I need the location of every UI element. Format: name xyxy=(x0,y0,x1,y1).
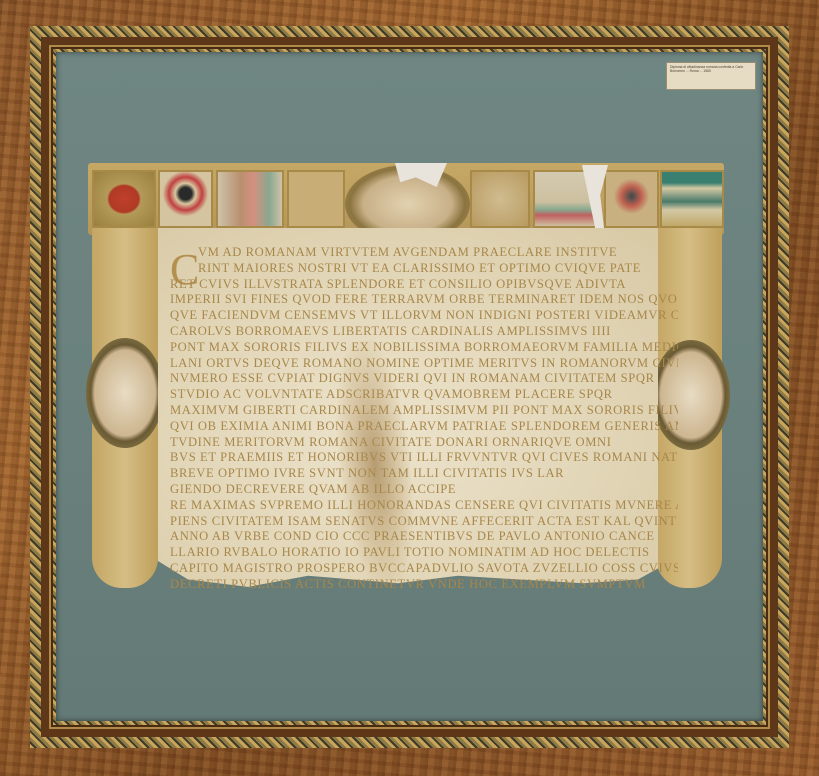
text-line: LANI ORTVS DEQVE ROMANO NOMINE OPTIME ME… xyxy=(170,356,678,372)
text-line: BREVE OPTIMO IVRE SVNT NON TAM ILLI CIVI… xyxy=(170,466,678,482)
figures-panel xyxy=(216,170,284,228)
text-line: STVDIO AC VOLVNTATE ADSCRIBATVR QVAMOBRE… xyxy=(170,387,678,403)
text-line: PONT MAX SORORIS FILIVS EX NOBILISSIMA B… xyxy=(170,340,678,356)
eagle-panel xyxy=(158,170,213,228)
text-line: GIENDO DECREVERE QVAM AB ILLO ACCIPE xyxy=(170,482,678,498)
text-line: DECRETI PVBLICIS ACTIS CONTINETVR VNDE H… xyxy=(170,577,678,593)
text-line: RE MAXIMAS SVPREMO ILLI HONORANDAS CENSE… xyxy=(170,498,678,514)
museum-label: Diploma di cittadinanza romana conferita… xyxy=(666,62,756,90)
ornament-panel-right xyxy=(470,170,530,228)
text-line: RINT MAIORES NOSTRI VT EA CLARISSIMO ET … xyxy=(198,261,678,277)
text-line: CAROLVS BORROMAEVS LIBERTATIS CARDINALIS… xyxy=(170,324,678,340)
text-line: QVI OB EXIMIA ANIMI BONA PRAECLARVM PATR… xyxy=(170,419,678,435)
coat-of-arms-panel-right xyxy=(660,170,724,228)
text-line: NVMERO ESSE CVPIAT DIGNVS VIDERI QVI IN … xyxy=(170,371,678,387)
left-oval-medallion xyxy=(86,338,164,448)
text-line: RET CVIVS ILLVSTRATA SPLENDORE ET CONSIL… xyxy=(170,277,678,293)
text-line: LLARIO RVBALO HORATIO IO PAVLI TOTIO NOM… xyxy=(170,545,678,561)
text-line: CAPITO MAGISTRO PROSPERO BVCCAPADVLIO SA… xyxy=(170,561,678,577)
ornament-panel-left xyxy=(287,170,345,228)
text-line: IMPERII SVI FINES QVOD FERE TERRARVM ORB… xyxy=(170,292,678,308)
coat-of-arms-panel-left xyxy=(92,170,156,228)
text-line: TVDINE MERITORVM ROMANA CIVITATE DONARI … xyxy=(170,435,678,451)
text-line: MAXIMVM GIBERTI CARDINALEM AMPLISSIMVM P… xyxy=(170,403,678,419)
text-line: ANNO AB VRBE COND CIO CCC PRAESENTIBVS D… xyxy=(170,529,678,545)
text-line: BVS ET PRAEMIIS ET HONORIBVS VTI ILLI FR… xyxy=(170,450,678,466)
text-line: QVE FACIENDVM CENSEMVS VT ILLORVM NON IN… xyxy=(170,308,678,324)
document-text: VM AD ROMANAM VIRTVTEM AVGENDAM PRAECLAR… xyxy=(170,245,678,593)
text-line: PIENS CIVITATEM ISAM SENATVS COMMVNE AFF… xyxy=(170,514,678,530)
eagle-panel-right xyxy=(604,170,659,228)
text-line: VM AD ROMANAM VIRTVTEM AVGENDAM PRAECLAR… xyxy=(198,245,678,261)
